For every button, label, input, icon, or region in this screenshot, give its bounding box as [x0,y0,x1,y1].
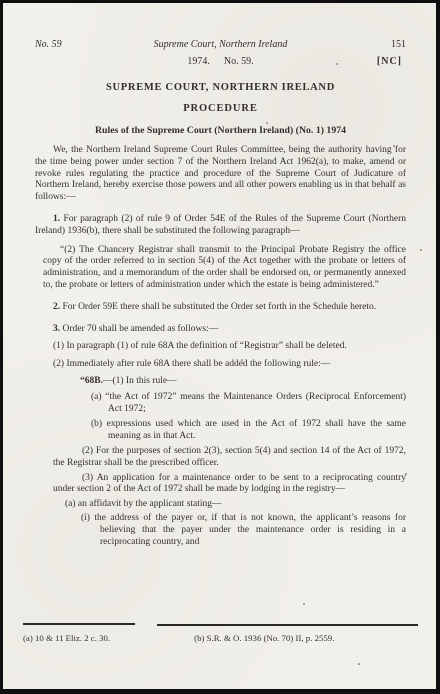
corner-mark: [NC] [377,56,402,68]
rule-68b-item-b-label: (b) [91,419,102,429]
paragraph-3-text: Order 70 shall be amended as follows:— [63,324,219,334]
preamble-paragraph: We, the Northern Ireland Supreme Court R… [35,145,406,204]
affidavit-item-a: (a) an affidavit by the applicant statin… [65,499,406,511]
scan-speck [266,122,268,124]
scan-speck [393,145,395,147]
heading-instrument-title: Rules of the Supreme Court (Northern Ire… [35,125,406,137]
paragraph-2-number: 2. [53,302,60,312]
amendment-item-2-label: (2) [53,359,64,369]
footnote-separator-left-segment [23,623,135,625]
footnote-separator [23,624,418,626]
rule-68b-item-a-text: “the Act of 1972” means the Maintenance … [105,392,406,414]
amendment-item-1-text: In paragraph (1) of rule 68A the definit… [66,341,346,351]
scan-speck [336,63,338,65]
amendment-item-2-text: Immediately after rule 68A there shall b… [66,359,330,369]
scan-speck [420,249,422,251]
page-content: No. 59 Supreme Court, Northern Ireland 1… [3,3,436,548]
paragraph-3-number: 3. [53,324,60,334]
scanned-document-page: No. 59 Supreme Court, Northern Ireland 1… [0,0,440,694]
rule-68b-item-a-label: (a) [91,392,102,402]
heading-procedure: PROCEDURE [35,103,406,115]
paragraph-1-text: For paragraph (2) of rule 9 of Order 54E… [35,214,406,236]
year-line: 1974.No. 59. [NC] [35,56,406,68]
running-header-title: Supreme Court, Northern Ireland [105,39,336,51]
paragraph-3: 3. Order 70 shall be amended as follows:… [35,324,406,336]
year-label: 1974. [187,56,210,67]
rule-68b-paragraph-2: (2) For the purposes of section 2(3), se… [53,446,406,470]
instrument-number: No. 59. [224,56,254,67]
scan-speck [405,473,407,475]
rule-68b-paragraph-3: (3) An application for a maintenance ord… [53,473,406,497]
running-header-doc-number: No. 59 [35,39,105,51]
rule-68b-number: “68B. [80,376,103,386]
footnote-separator-right-segment [157,624,418,626]
amendment-item-2: (2) Immediately after rule 68A there sha… [53,359,406,371]
amendment-item-1: (1) In paragraph (1) of rule 68A the def… [53,341,406,353]
paragraph-1-number: 1. [53,214,60,224]
scan-speck [358,663,360,665]
paragraph-2-text: For Order 59E there shall be substituted… [63,302,377,312]
scan-speck [241,359,243,361]
footnote-b: (b) S.R. & O. 1936 (No. 70) II, p. 2559. [194,633,334,643]
running-header: No. 59 Supreme Court, Northern Ireland 1… [35,39,406,51]
quoted-paragraph-2: “(2) The Chancery Registrar shall transm… [43,245,406,292]
running-header-page-number: 151 [336,39,406,51]
scan-speck [303,603,305,605]
paragraph-2: 2. For Order 59E there shall be substitu… [35,302,406,314]
rule-68b-item-b-text: expressions used which are used in the A… [107,419,406,441]
heading-court: SUPREME COURT, NORTHERN IRELAND [35,82,406,94]
paragraph-1: 1. For paragraph (2) of rule 9 of Order … [35,214,406,238]
rule-68b-heading: “68B.—(1) In this rule— [80,376,406,388]
rule-68b-heading-text: —(1) In this rule— [103,376,177,386]
footnote-a: (a) 10 & 11 Eliz. 2 c. 30. [23,633,110,643]
rule-68b-item-b: (b) expressions used which are used in t… [91,419,406,443]
affidavit-subitem-i: (i) the address of the payer or, if that… [81,513,406,548]
footnote-block: (a) 10 & 11 Eliz. 2 c. 30. (b) S.R. & O.… [23,624,418,643]
amendment-item-1-label: (1) [53,341,64,351]
rule-68b-item-a: (a) “the Act of 1972” means the Maintena… [91,392,406,416]
footnote-row: (a) 10 & 11 Eliz. 2 c. 30. (b) S.R. & O.… [23,633,418,643]
